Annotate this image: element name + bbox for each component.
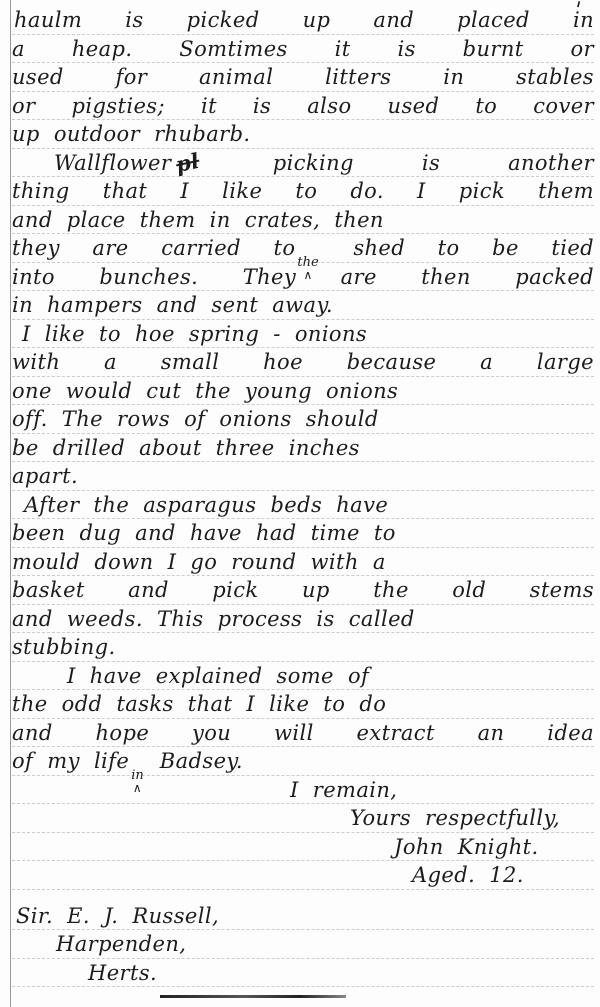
handwriting-line: After the asparagus beds have [12,491,594,520]
handwriting-text: Badsey. [160,749,243,773]
handwriting-line: and weeds. This process is called [12,605,594,634]
handwriting-text: one would cut the young onions [12,379,398,403]
handwriting-line: a heap. Somtimes it is burnt or [12,35,594,64]
letter-content: haulm is picked up and placed ina heap. … [12,6,594,987]
handwriting-line: the odd tasks that I like to do [12,690,594,719]
handwriting-line: one would cut the young onions [12,377,594,406]
handwriting-text: After the asparagus beds have [24,493,388,517]
handwriting-text: mould down I go round with a [12,550,386,574]
address-line-text: Harpenden, [56,930,186,959]
closing-line-text: Aged. 12. [412,861,524,890]
closing-line-text: Yours respectfully, [350,804,560,833]
closing-line: I remain, [12,776,594,805]
bottom-rule-line [160,995,346,998]
handwriting-line: and place them in crates, then [12,206,594,235]
handwriting-text: basket and pick up the old stems [12,578,594,602]
closing-line: Yours respectfully, [12,804,594,833]
handwriting-line: apart. [12,462,594,491]
handwriting-line: used for animal litters in stables [12,63,594,92]
handwriting-text: the odd tasks that I like to do [12,692,386,716]
handwriting-text: I have explained some of [67,664,369,688]
handwriting-line: thing that I like to do. I pick them [12,177,594,206]
closing-line: John Knight. [12,833,594,862]
closing-line-text: John Knight. [394,833,539,862]
handwriting-line: off. The rows of onions should [12,405,594,434]
handwriting-line: into bunches. They are then packed [12,263,594,292]
handwriting-text: picking is another [273,151,594,175]
handwriting-line: in hampers and sent away. [12,291,594,320]
handwriting-line: basket and pick up the old stems [12,576,594,605]
handwriting-line: they are carried tothe∧ shed to be tied [12,234,594,263]
closing-line-text: I remain, [290,776,397,805]
handwriting-line: with a small hoe because a large [12,348,594,377]
handwriting-text: and weeds. This process is called [12,607,415,631]
address-line: Harpenden, [12,930,594,959]
handwriting-text: into bunches. They are then packed [12,265,594,289]
handwriting-text: a heap. Somtimes it is burnt or [12,37,594,61]
handwriting-text: apart. [12,464,78,488]
handwriting-line: or pigsties; it is also used to cover [12,92,594,121]
closing-lines: I remain,Yours respectfully,John Knight.… [12,776,594,890]
handwriting-text: up outdoor rhubarb. [12,122,251,146]
handwriting-line: been dug and have had time to [12,519,594,548]
handwriting-text: stubbing. [12,635,116,659]
scribbled-out-word: pl [174,146,203,179]
handwriting-text: Wallflower [54,151,171,175]
handwriting-text: be drilled about three inches [12,436,360,460]
handwriting-text: and hope you will extract an idea [12,721,594,745]
handwriting-line: up outdoor rhubarb. [12,120,594,149]
margin-rule-line [10,0,11,1007]
address-line-text: Sir. E. J. Russell, [16,902,219,931]
handwriting-text: or pigsties; it is also used to cover [12,94,594,118]
body-lines: haulm is picked up and placed ina heap. … [12,6,594,776]
handwriting-text: used for animal litters in stables [12,65,594,89]
handwriting-line: I like to hoe spring - onions [12,320,594,349]
address-lines: Sir. E. J. Russell,Harpenden,Herts. [12,902,594,988]
handwriting-line: I have explained some of [12,662,594,691]
handwriting-text: haulm is picked up and placed in [14,8,594,32]
handwriting-text: shed to be tied [353,236,594,260]
handwriting-line: of my lifein∧ Badsey. [12,747,594,776]
handwriting-line: mould down I go round with a [12,548,594,577]
handwriting-text: of my life [12,749,129,773]
handwriting-text: and place them in crates, then [12,208,384,232]
handwriting-text: in hampers and sent away. [12,293,333,317]
handwriting-text: off. The rows of onions should [12,407,379,431]
handwriting-line: haulm is picked up and placed in [12,6,594,35]
handwriting-text: been dug and have had time to [12,521,396,545]
handwriting-text: thing that I like to do. I pick them [12,179,594,203]
address-line: Herts. [12,959,594,988]
handwriting-text: I like to hoe spring - onions [22,322,367,346]
handwriting-line: Wallflowerpl picking is another [12,149,594,178]
handwriting-text: with a small hoe because a large [12,350,594,374]
letter-page: ' haulm is picked up and placed ina heap… [0,0,600,1007]
address-line: Sir. E. J. Russell, [12,902,594,931]
handwriting-line: stubbing. [12,633,594,662]
handwriting-text: they are carried to [12,236,295,260]
handwriting-line: and hope you will extract an idea [12,719,594,748]
handwriting-line: be drilled about three inches [12,434,594,463]
address-line-text: Herts. [88,959,157,988]
closing-line: Aged. 12. [12,861,594,890]
